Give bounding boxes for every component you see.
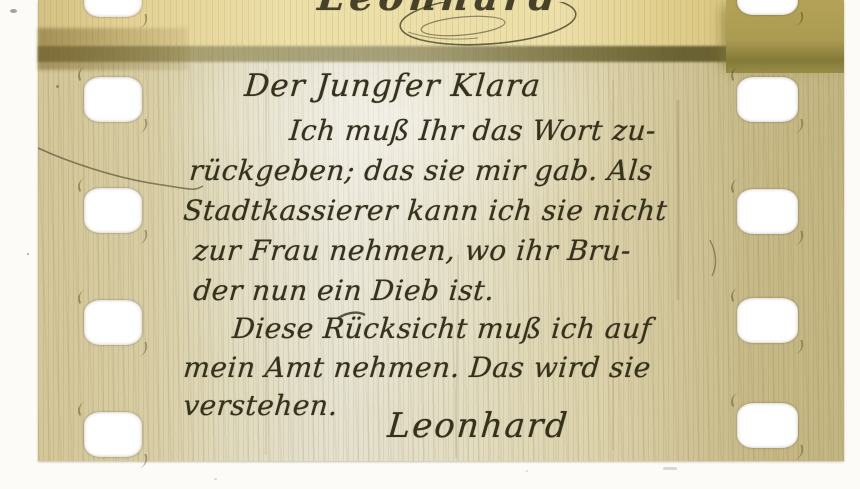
sprocket-hole [84,0,142,17]
intertitle-line: der nun ein Dieb ist. [192,274,496,307]
intertitle-line: rückgeben; das sie mir gab. Als [188,154,654,187]
intertitle-line: mein Amt nehmen. Das wird sie [182,351,652,384]
dust-speck [56,85,59,88]
sprocket-hole [737,403,798,448]
previous-frame-signature: Leonhard [316,0,563,19]
sprocket-hole [84,188,142,233]
dust-speck [27,253,29,255]
dust-speck [526,470,528,472]
sprocket-hole [84,77,142,122]
intertitle-line: verstehen. [182,389,339,422]
intertitle-line: zur Frau nehmen, wo ihr Bru- [192,234,632,267]
sprocket-hole [737,0,798,15]
intertitle-line: Diese Rücksicht muß ich auf [231,312,653,345]
sprocket-hole [737,189,798,234]
frame-divider-left-patch [38,28,188,70]
sprocket-hole [84,412,142,457]
sprocket-hole [84,300,142,345]
sprocket-hole [737,77,798,122]
intertitle-heading: Der Jungfer Klara [243,68,543,104]
dust-speck [663,467,677,470]
intertitle-signature: Leonhard [386,406,571,446]
film-strip: Leonhard Der Jungfer Klara Ich muß Ihr d… [38,0,844,461]
intertitle-line: Ich muß Ihr das Wort zu- [288,114,658,147]
dust-speck [10,9,17,13]
intertitle-line: Stadtkassierer kann ich sie nicht [182,194,669,227]
sprocket-hole [737,298,798,343]
film-scan: Leonhard Der Jungfer Klara Ich muß Ihr d… [0,0,860,489]
dust-speck [214,478,217,480]
